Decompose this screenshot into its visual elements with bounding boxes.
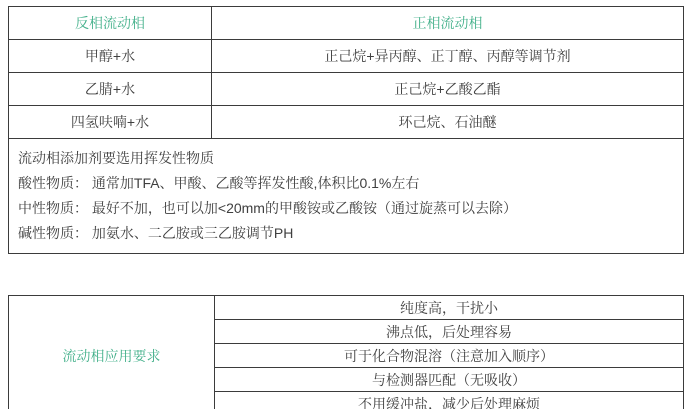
requirement-cell: 纯度高，干扰小: [215, 296, 684, 320]
application-title-cell: 流动相应用要求: [9, 296, 215, 409]
normal-phase-cell: 正己烷+乙酸乙酯: [212, 73, 684, 106]
header-normal-phase: 正相流动相: [212, 7, 684, 40]
reverse-phase-cell: 甲醇+水: [9, 40, 212, 73]
reverse-phase-cell: 乙腈+水: [9, 73, 212, 106]
mobile-phase-header-row: 反相流动相 正相流动相: [9, 7, 684, 40]
requirement-cell: 可于化合物混溶（注意加入顺序）: [215, 344, 684, 368]
table-row: 流动相应用要求 纯度高，干扰小: [9, 296, 684, 320]
requirement-cell: 与检测器匹配（无吸收）: [215, 368, 684, 392]
additive-notes-cell: 流动相添加剂要选用挥发性物质 酸性物质： 通常加TFA、甲酸、乙酸等挥发性酸,体…: [9, 139, 684, 254]
notes-row: 流动相添加剂要选用挥发性物质 酸性物质： 通常加TFA、甲酸、乙酸等挥发性酸,体…: [9, 139, 684, 254]
requirement-cell: 沸点低，后处理容易: [215, 320, 684, 344]
note-line-basic: 碱性物质： 加氨水、二乙胺或三乙胺调节PH: [18, 221, 675, 246]
application-requirements-table: 流动相应用要求 纯度高，干扰小 沸点低，后处理容易 可于化合物混溶（注意加入顺序…: [8, 295, 684, 409]
header-reverse-phase: 反相流动相: [9, 7, 212, 40]
note-line-volatile: 流动相添加剂要选用挥发性物质: [18, 146, 675, 171]
note-line-acidic: 酸性物质： 通常加TFA、甲酸、乙酸等挥发性酸,体积比0.1%左右: [18, 171, 675, 196]
normal-phase-cell: 环己烷、石油醚: [212, 106, 684, 139]
normal-phase-cell: 正己烷+异丙醇、正丁醇、丙醇等调节剂: [212, 40, 684, 73]
reverse-phase-cell: 四氢呋喃+水: [9, 106, 212, 139]
table-row: 四氢呋喃+水 环己烷、石油醚: [9, 106, 684, 139]
table-row: 乙腈+水 正己烷+乙酸乙酯: [9, 73, 684, 106]
requirement-cell: 不用缓冲盐，减少后处理麻烦: [215, 392, 684, 409]
note-line-neutral: 中性物质： 最好不加，也可以加<20mm的甲酸铵或乙酸铵（通过旋蒸可以去除）: [18, 196, 675, 221]
table-row: 甲醇+水 正己烷+异丙醇、正丁醇、丙醇等调节剂: [9, 40, 684, 73]
mobile-phase-table: 反相流动相 正相流动相 甲醇+水 正己烷+异丙醇、正丁醇、丙醇等调节剂 乙腈+水…: [8, 6, 684, 254]
